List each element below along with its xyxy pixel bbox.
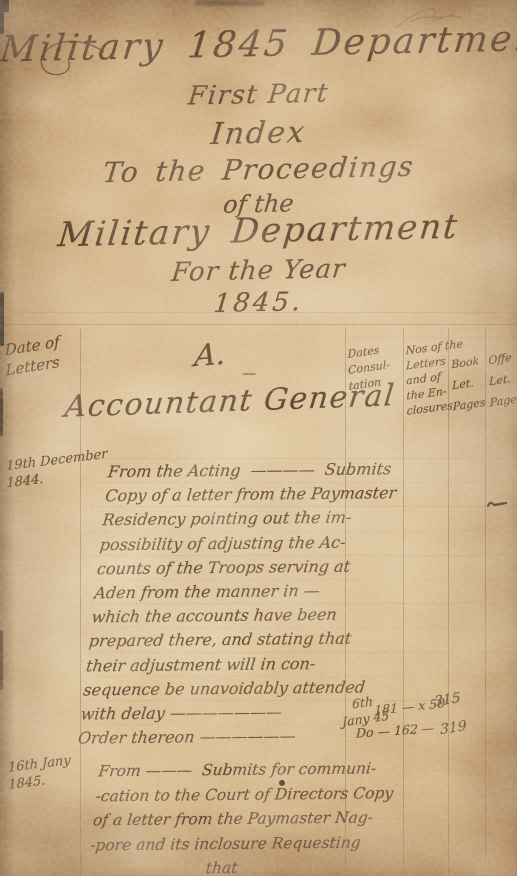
page-number-1: 315 xyxy=(434,690,461,710)
column-header-consultation: DatesConsul-tation xyxy=(347,341,390,395)
consultation-day: 6th xyxy=(352,693,373,711)
handwritten-line: Residency pointing out the im- xyxy=(101,506,362,533)
handwritten-line: of a letter from the Paymaster Nag- xyxy=(92,806,357,833)
column-header-book: BookLet.Pages xyxy=(451,350,486,418)
column-header-line: Book xyxy=(451,350,484,376)
entry-body: From the Acting ———— SubmitsCopy of a le… xyxy=(77,457,368,750)
column-line-2 xyxy=(403,328,404,876)
handwritten-line: -pore and its inclosure Requesting xyxy=(89,830,354,857)
entry-date: 16th Jany1845. xyxy=(8,752,71,794)
paper-tear xyxy=(0,388,3,436)
handwritten-line: sequence be unavoidably attended xyxy=(82,676,343,703)
column-header-date-of-letters: Date ofLetters xyxy=(5,332,61,381)
column-header-line: Pages xyxy=(490,388,517,414)
handwritten-line: with delay ——————— xyxy=(79,700,340,727)
dotted-guide xyxy=(345,337,513,338)
ruled-line-top xyxy=(0,324,517,325)
handwritten-line: -cation to the Court of Directors Copy xyxy=(94,781,359,808)
handwritten-line: counts of the Troops serving at xyxy=(96,554,357,581)
paper-tear xyxy=(0,0,9,12)
title-first-part: First Part xyxy=(0,75,517,116)
handwritten-line: From ——— Submits for communi- xyxy=(97,757,362,784)
manuscript-page: Military 1845 Department First Part Inde… xyxy=(0,0,517,876)
handwritten-line: that xyxy=(86,855,351,876)
handwritten-line: Order thereon —————— xyxy=(77,724,338,751)
handwritten-line: possibility of adjusting the Ac- xyxy=(98,530,359,557)
column-header-line: Pages xyxy=(453,392,486,418)
column-header-office: OffeLet.Pages xyxy=(488,346,517,414)
handwritten-line: prepared there, and stating that xyxy=(88,627,349,654)
title-department: Military 1845 Department xyxy=(0,19,517,71)
page-number-2: 319 xyxy=(440,718,467,738)
entry-body: From ——— Submits for communi--cation to … xyxy=(86,757,362,876)
entry-date: 19th December1844. xyxy=(6,446,108,493)
handwritten-line: Aden from the manner in — xyxy=(93,579,354,606)
handwritten-line: Copy of a letter from the Paymaster xyxy=(104,482,365,509)
edge-smudge xyxy=(195,0,265,6)
ink-mark xyxy=(485,498,509,512)
paper-tear xyxy=(0,630,3,690)
handwritten-line: which the accounts have been xyxy=(90,603,351,630)
section-dash: — xyxy=(242,366,256,382)
handwritten-line: From the Acting ———— Submits xyxy=(107,457,368,484)
handwritten-line: their adjustment will in con- xyxy=(85,651,346,678)
